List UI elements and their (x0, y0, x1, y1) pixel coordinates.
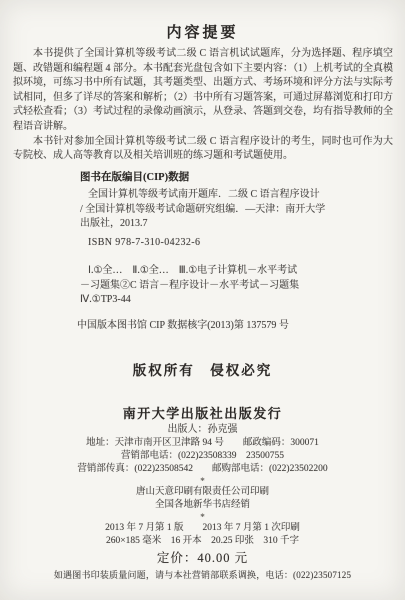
cip-classification-line: Ⅳ.①TP3-44 (80, 293, 332, 307)
cip-classification-line: Ⅰ.①全… Ⅱ.①全… Ⅲ.①电子计算机－水平考试 (80, 264, 332, 278)
separator-star: * (0, 476, 405, 486)
cip-title-line: 出版社，2013.7 (80, 217, 332, 231)
cip-classification-block: Ⅰ.①全… Ⅱ.①全… Ⅲ.①电子计算机－水平考试 －习题集②C 语言－程序设计… (80, 264, 332, 307)
price-line: 定价：40.00 元 (0, 549, 405, 567)
summary-paragraph: 本书提供了全国计算机等级考试二级 C 语言机试试题库，分为选择题、程序填空题、改… (13, 47, 393, 135)
cip-record-number: 中国版本图书馆 CIP 数据核字(2013)第 137579 号 (77, 319, 332, 333)
separator-star: * (0, 512, 405, 522)
summary-paragraph: 本书针对参加全国计算机等级考试二级 C 语言程序设计的考生，同时也可作为大专院校… (13, 135, 393, 164)
printer-line: 唐山天意印刷有限责任公司印刷 (0, 486, 405, 499)
publisher-imprint-line: 南开大学出版社出版发行 (0, 405, 405, 423)
content-summary-title: 内容提要 (0, 21, 405, 42)
cip-header: 图书在版编目(CIP)数据 (80, 171, 332, 185)
edition-line: 2013 年 7 月第 1 版 2013 年 7 月第 1 次印刷 (0, 522, 405, 535)
colophon-block: 南开大学出版社出版发行 出版人：孙克强 地址：天津市南开区卫津路 94 号 邮政… (0, 405, 405, 567)
content-summary-body: 本书提供了全国计算机等级考试二级 C 语言机试试题库，分为选择题、程序填空题、改… (13, 47, 393, 164)
publisher-address-line: 地址：天津市南开区卫津路 94 号 邮政编码：300071 (0, 437, 405, 450)
book-copyright-page: 内容提要 本书提供了全国计算机等级考试二级 C 语言机试试题库，分为选择题、程序… (0, 0, 405, 600)
publisher-person-line: 出版人：孙克强 (0, 423, 405, 437)
format-line: 260×185 毫米 16 开本 20.25 印张 310 千字 (0, 535, 405, 548)
cip-data-block: 图书在版编目(CIP)数据 全国计算机等级考试南开题库．二级 C 语言程序设计 … (80, 171, 332, 334)
isbn-line: ISBN 978-7-310-04232-6 (80, 236, 332, 250)
marketing-phone-line: 营销部电话：(022)23508339 23500755 (0, 450, 405, 463)
cip-classification-line: －习题集②C 语言－程序设计－水平考试－习题集 (80, 279, 332, 293)
fax-mail-order-line: 营销部传真：(022)23508542 邮购部电话：(022)23502200 (0, 463, 405, 476)
copyright-notice: 版权所有 侵权必究 (0, 359, 405, 379)
cip-title-line: / 全国计算机等级考试命题研究组编．—天津：南开大学 (80, 203, 332, 217)
cip-title-line: 全国计算机等级考试南开题库．二级 C 语言程序设计 (80, 188, 332, 202)
print-quality-note: 如遇图书印装质量问题，请与本社营销部联系调换，电话：(022)23507125 (0, 568, 405, 581)
distributor-line: 全国各地新华书店经销 (0, 499, 405, 512)
